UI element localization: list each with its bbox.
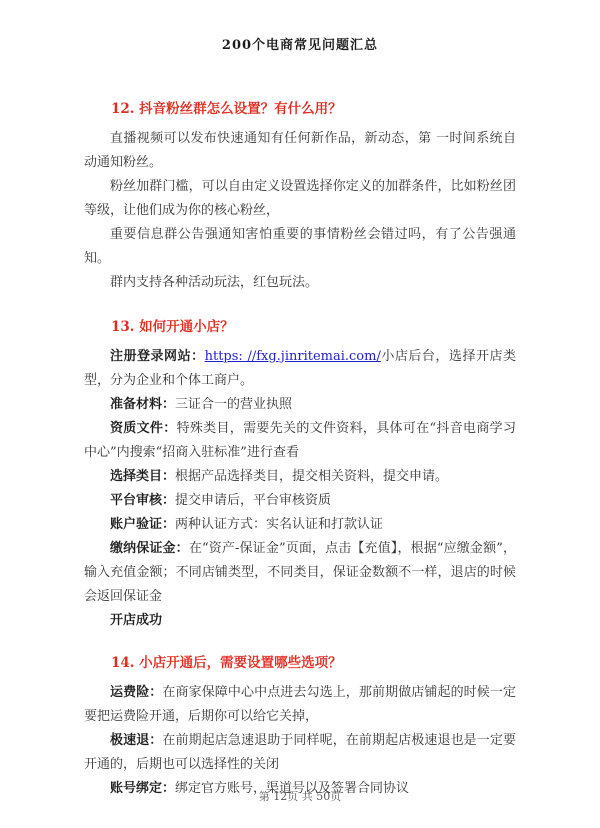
document-title: 200个电商常见问题汇总 [84,34,516,53]
paragraph-text: 重要信息群公告强通知害怕重要的事情粉丝会错过吗，有了公告强通知。 [84,227,516,266]
document-page: 200个电商常见问题汇总 12. 抖音粉丝群怎么设置？有什么用？ 直播视频可以发… [0,0,600,828]
paragraph-text: 群内支持各种活动玩法，红包玩法。 [110,275,318,290]
section-heading-q13: 13. 如何开通小店？ [84,319,516,336]
section-q12: 12. 抖音粉丝群怎么设置？有什么用？ 直播视频可以发布快速通知有任何新作品，新… [84,101,516,295]
paragraph: 直播视频可以发布快速通知有任何新作品，新动态，第 一时间系统自动通知粉丝。 [84,127,516,175]
paragraph: 准备材料：三证合一的营业执照 [84,393,516,417]
paragraph-label: 开店成功 [110,613,162,628]
paragraph: 账户验证：两种认证方式：实名认证和打款认证 [84,513,516,537]
paragraph-text: 提交申请后，平台审核资质 [175,493,331,508]
paragraph: 运费险：在商家保障中心中点进去勾选上，那前期做店铺起的时候一定要把运费险开通，后… [84,681,516,729]
page-number-footer: 第 12页 共 50页 [0,788,600,804]
section-q13: 13. 如何开通小店？ 注册登录网站：https: //fxg.jinritem… [84,319,516,633]
paragraph-label: 选择类目： [110,469,175,484]
paragraph-label: 运费险： [110,685,162,700]
paragraph-text: 根据产品选择类目，提交相关资料，提交申请。 [175,469,448,484]
paragraph: 缴纳保证金：在“资产-保证金”页面，点击【充值】，根据“应缴金额”，输入充值金额… [84,537,516,609]
paragraph: 极速退：在前期起店急速退助于同样呢，在前期起店极速退也是一定要开通的，后期也可以… [84,729,516,777]
paragraph-text: 两种认证方式：实名认证和打款认证 [175,517,383,532]
paragraph: 平台审核：提交申请后，平台审核资质 [84,489,516,513]
paragraph: 选择类目：根据产品选择类目，提交相关资料，提交申请。 [84,465,516,489]
paragraph-text: 直播视频可以发布快速通知有任何新作品，新动态，第 一时间系统自动通知粉丝。 [84,131,516,170]
paragraph-label: 账户验证： [110,517,175,532]
paragraph: 资质文件：特殊类目，需要先关的文件资料，具体可在“抖音电商学习中心”内搜索“招商… [84,417,516,465]
paragraph-text: 三证合一的营业执照 [175,397,292,412]
paragraph: 群内支持各种活动玩法，红包玩法。 [84,271,516,295]
paragraph: 重要信息群公告强通知害怕重要的事情粉丝会错过吗，有了公告强通知。 [84,223,516,271]
paragraph: 开店成功 [84,609,516,633]
paragraph-label: 准备材料： [110,397,175,412]
paragraph: 粉丝加群门槛，可以自由定义设置选择你定义的加群条件，比如粉丝团等级，让他们成为你… [84,175,516,223]
section-heading-q14: 14. 小店开通后，需要设置哪些选项？ [84,655,516,672]
section-heading-q12: 12. 抖音粉丝群怎么设置？有什么用？ [84,101,516,118]
paragraph-label: 缴纳保证金： [110,541,189,556]
paragraph-label: 资质文件： [110,421,177,436]
paragraph: 注册登录网站：https: //fxg.jinritemai.com/小店后台，… [84,345,516,393]
paragraph-text: 粉丝加群门槛，可以自由定义设置选择你定义的加群条件，比如粉丝团等级，让他们成为你… [84,179,516,218]
paragraph-label: 平台审核： [110,493,175,508]
store-backend-link[interactable]: https: //fxg.jinritemai.com/ [205,349,381,364]
section-q14: 14. 小店开通后，需要设置哪些选项？ 运费险：在商家保障中心中点进去勾选上，那… [84,655,516,801]
paragraph-label: 极速退： [110,733,162,748]
paragraph-label: 注册登录网站： [110,349,205,364]
